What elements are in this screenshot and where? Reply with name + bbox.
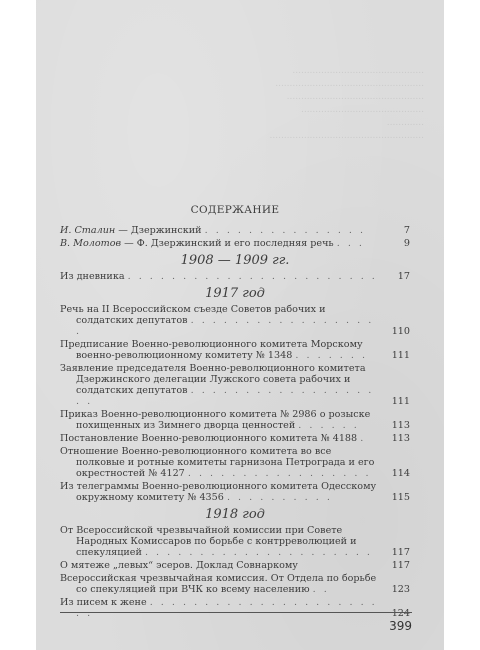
entry-author: В. Молотов — [60, 238, 121, 249]
toc-entry: Из писем к жене . . . . . . . . . . . . … — [60, 597, 410, 619]
toc-heading: СОДЕРЖАНИЕ — [60, 205, 410, 216]
toc-entry: Приказ Военно-революционного комитета № … — [60, 409, 410, 431]
entry-page: 124 — [382, 608, 410, 619]
entry-title: — Дзержинский — [115, 225, 201, 236]
leader-dots: . . — [313, 584, 330, 595]
entry-page: 9 — [382, 238, 410, 249]
leader-dots: . . . . . . . . . . . . . . . — [205, 225, 366, 236]
entry-title: О мятеже „левых“ эсеров. Доклад Совнарко… — [60, 560, 298, 571]
toc-entry: Речь на II Всероссийском съезде Советов … — [60, 304, 410, 337]
entry-title: Постановление Военно-революционного коми… — [60, 433, 357, 444]
toc-entry: Всероссийская чрезвычайная комиссия. От … — [60, 573, 410, 595]
entry-page: 111 — [382, 396, 410, 407]
footer-rule — [60, 612, 412, 613]
book-page: ........................................… — [36, 0, 444, 650]
toc-entry: Постановление Военно-революционного коми… — [60, 433, 410, 444]
entry-page: 115 — [382, 492, 410, 503]
toc-entry: Из дневника . . . . . . . . . . . . . . … — [60, 271, 410, 282]
entry-title: — Ф. Дзержинский и его последняя речь — [121, 238, 334, 249]
entry-page: 113 — [382, 420, 410, 431]
entry-page: 117 — [382, 560, 410, 571]
leader-dots: . . . . . . — [298, 420, 359, 431]
entry-page: 110 — [382, 326, 410, 337]
section-heading: 1908 — 1909 гг. — [60, 255, 410, 266]
entry-page: 7 — [382, 225, 410, 236]
entry-page: 17 — [382, 271, 410, 282]
entry-page: 123 — [382, 584, 410, 595]
leader-dots: . . . . . . . . . . — [227, 492, 332, 503]
toc-entry: Заявление председателя Военно-революцион… — [60, 363, 410, 407]
leader-dots: . . . . . . . . . . . . . . . . . — [188, 468, 371, 479]
section-heading: 1917 год — [60, 288, 410, 299]
toc-entry: В. Молотов — Ф. Дзержинский и его послед… — [60, 238, 410, 249]
leader-dots: . . . . . . . — [295, 350, 367, 361]
bleed-through-text: ........................................… — [36, 0, 444, 180]
toc-entry: От Всероссийской чрезвычайной комиссии п… — [60, 525, 410, 558]
leader-dots: . . . — [337, 238, 365, 249]
entry-title: Из дневника — [60, 271, 125, 282]
entry-page: 117 — [382, 547, 410, 558]
leader-dots: . — [360, 433, 366, 444]
toc-entry: Из телеграммы Военно-революционного коми… — [60, 481, 410, 503]
table-of-contents: СОДЕРЖАНИЕ И. Сталин — Дзержинский . . .… — [60, 205, 410, 621]
entry-author: И. Сталин — [60, 225, 115, 236]
entry-page: 114 — [382, 468, 410, 479]
section-heading: 1918 год — [60, 509, 410, 520]
leader-dots: . . . . . . . . . . . . . . . . . . . . … — [145, 547, 373, 558]
toc-entry: Отношение Военно-революционного комитета… — [60, 446, 410, 479]
toc-entry: О мятеже „левых“ эсеров. Доклад Совнарко… — [60, 560, 410, 571]
leader-dots: . . . . . . . . . . . . . . . . . . . . … — [128, 271, 378, 282]
entry-page: 113 — [382, 433, 410, 444]
page-number: 399 — [366, 619, 412, 633]
toc-entry: Предписание Военно-революционного комите… — [60, 339, 410, 361]
entry-title: Из писем к жене — [60, 597, 147, 608]
toc-entry: И. Сталин — Дзержинский . . . . . . . . … — [60, 225, 410, 236]
entry-page: 111 — [382, 350, 410, 361]
